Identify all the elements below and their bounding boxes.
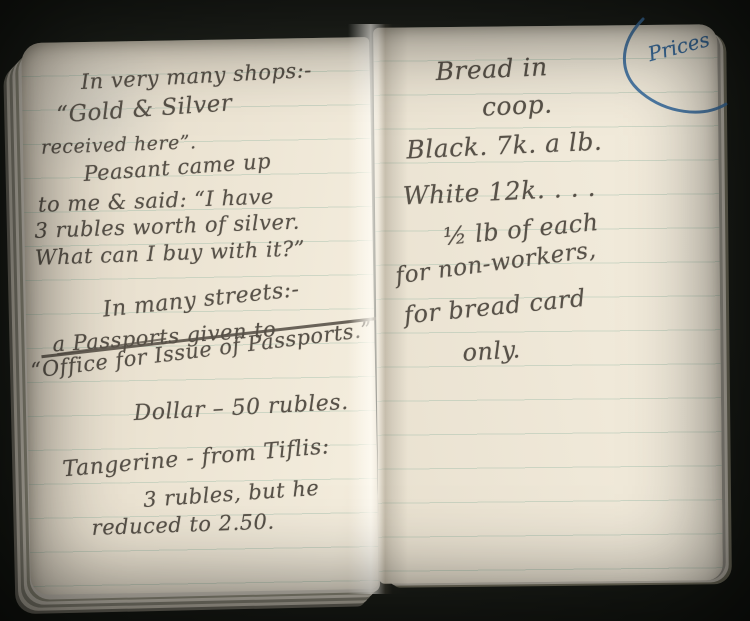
- right-page: Bread in coop. Black. 7k. a lb. White 12…: [373, 24, 723, 584]
- handwritten-line: “Gold & Silver: [56, 90, 234, 128]
- left-page: In very many shops:- “Gold & Silver rece…: [21, 37, 379, 595]
- handwritten-line: Dollar – 50 rubles.: [133, 390, 349, 426]
- handwritten-line: reduced to 2.50.: [91, 510, 275, 540]
- handwritten-line: In many streets:-: [102, 277, 301, 323]
- handwritten-line: for bread card: [403, 284, 587, 330]
- handwritten-line: Black. 7k. a lb.: [406, 127, 603, 165]
- handwritten-line: In very many shops:-: [80, 58, 312, 94]
- handwritten-line: 3 rubles, but he: [142, 476, 320, 512]
- handwritten-line: coop.: [481, 89, 553, 121]
- blue-ink-annotation: Prices: [609, 14, 728, 119]
- circle-annotation-arc: [609, 14, 728, 119]
- handwritten-line: Tangerine - from Tiflis:: [62, 434, 331, 482]
- handwritten-line: White 12k. . . .: [402, 173, 596, 211]
- notebook-photo: In very many shops:- “Gold & Silver rece…: [0, 0, 750, 621]
- handwritten-line: Bread in: [435, 52, 548, 86]
- handwritten-line: only.: [462, 335, 522, 367]
